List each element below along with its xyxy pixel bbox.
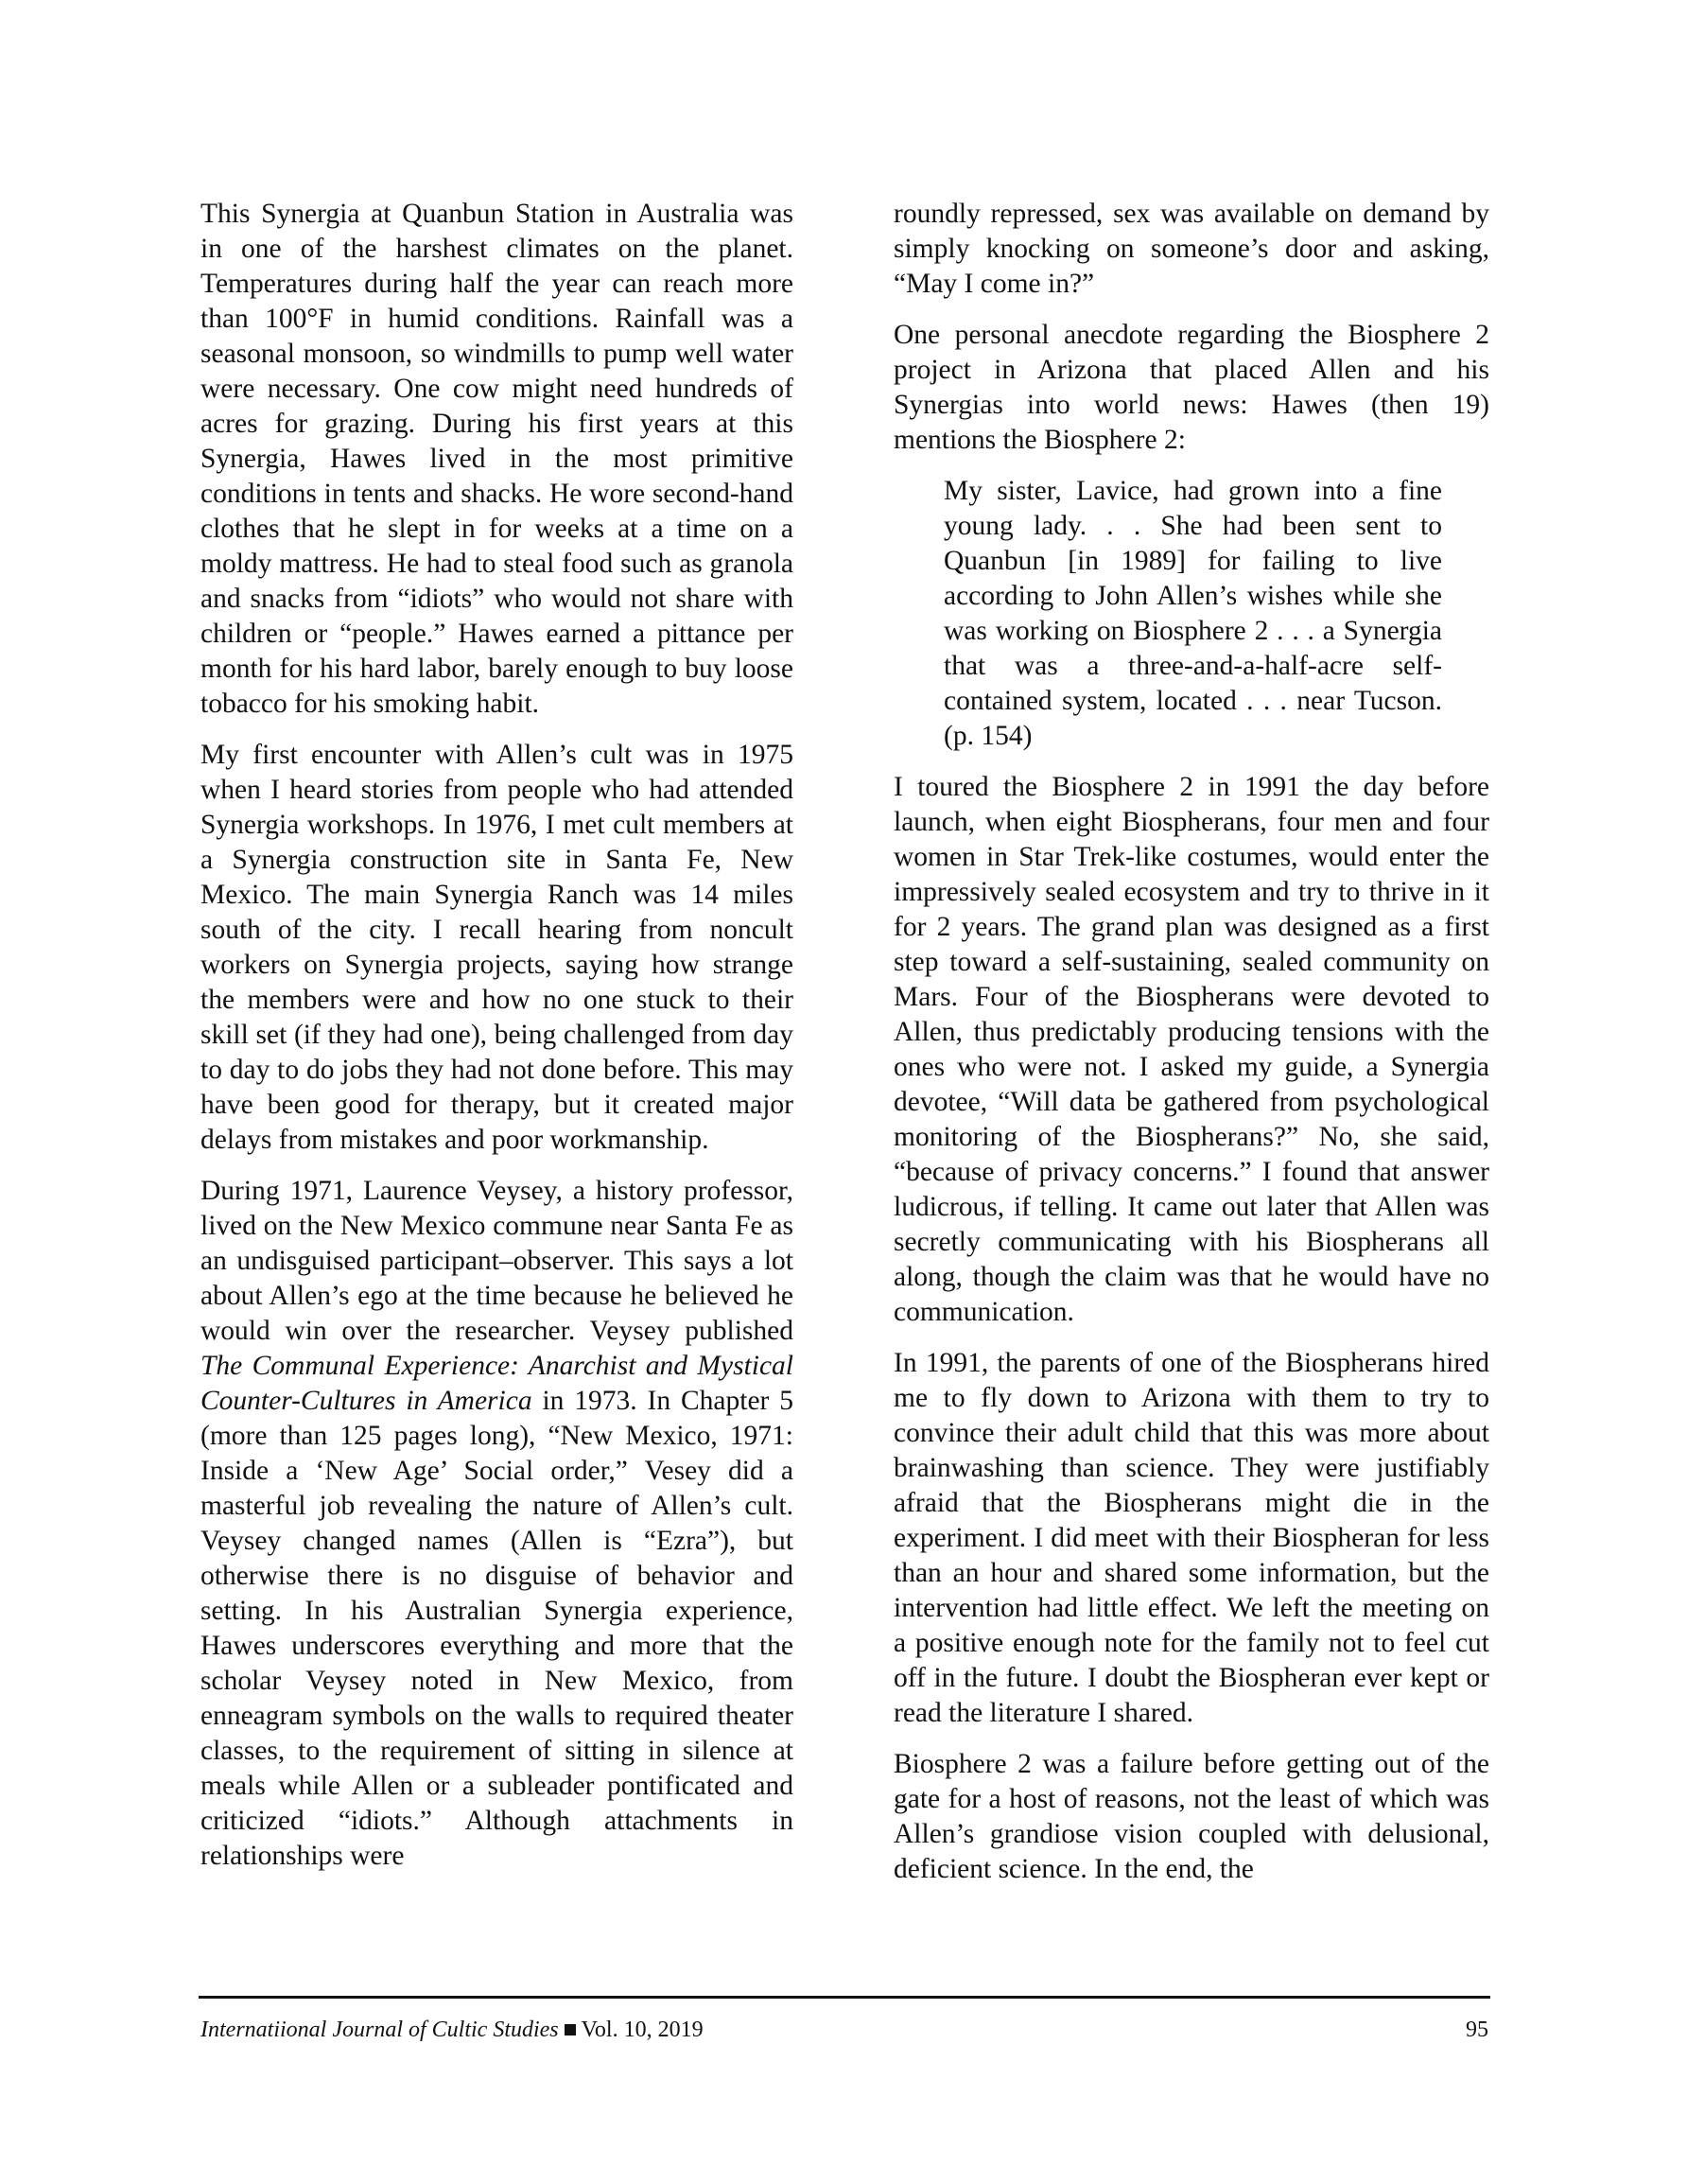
black-square-icon xyxy=(565,2024,576,2035)
paragraph-failure: Biosphere 2 was a failure before getting… xyxy=(894,1747,1489,1887)
paragraph-continued: roundly repressed, sex was available on … xyxy=(894,197,1489,302)
right-column: roundly repressed, sex was available on … xyxy=(894,197,1489,1903)
page-footer: Internatiional Journal of Cultic Studies… xyxy=(200,2013,1488,2047)
document-page: This Synergia at Quanbun Station in Aust… xyxy=(0,0,1687,2184)
journal-title: Internatiional Journal of Cultic Studies xyxy=(200,2018,559,2042)
volume-info: Vol. 10, 2019 xyxy=(582,2018,704,2042)
paragraph-biosphere-tour: I toured the Biosphere 2 in 1991 the day… xyxy=(894,770,1489,1330)
footer-rule xyxy=(199,1996,1490,1999)
left-column: This Synergia at Quanbun Station in Aust… xyxy=(200,197,793,1890)
paragraph-first-encounter: My first encounter with Allen’s cult was… xyxy=(200,738,793,1158)
paragraph-intervention: In 1991, the parents of one of the Biosp… xyxy=(894,1346,1489,1731)
block-quote: My sister, Lavice, had grown into a fine… xyxy=(944,474,1442,754)
paragraph-veysey: During 1971, Laurence Veysey, a history … xyxy=(200,1174,793,1874)
paragraph-veysey-text-after: in 1973. In Chapter 5 (more than 125 pag… xyxy=(200,1386,793,1871)
paragraph-quanbun: This Synergia at Quanbun Station in Aust… xyxy=(200,197,793,722)
paragraph-veysey-text-before: During 1971, Laurence Veysey, a history … xyxy=(200,1176,793,1346)
paragraph-anecdote: One personal anecdote regarding the Bios… xyxy=(894,318,1489,458)
page-number: 95 xyxy=(1466,2013,1488,2047)
